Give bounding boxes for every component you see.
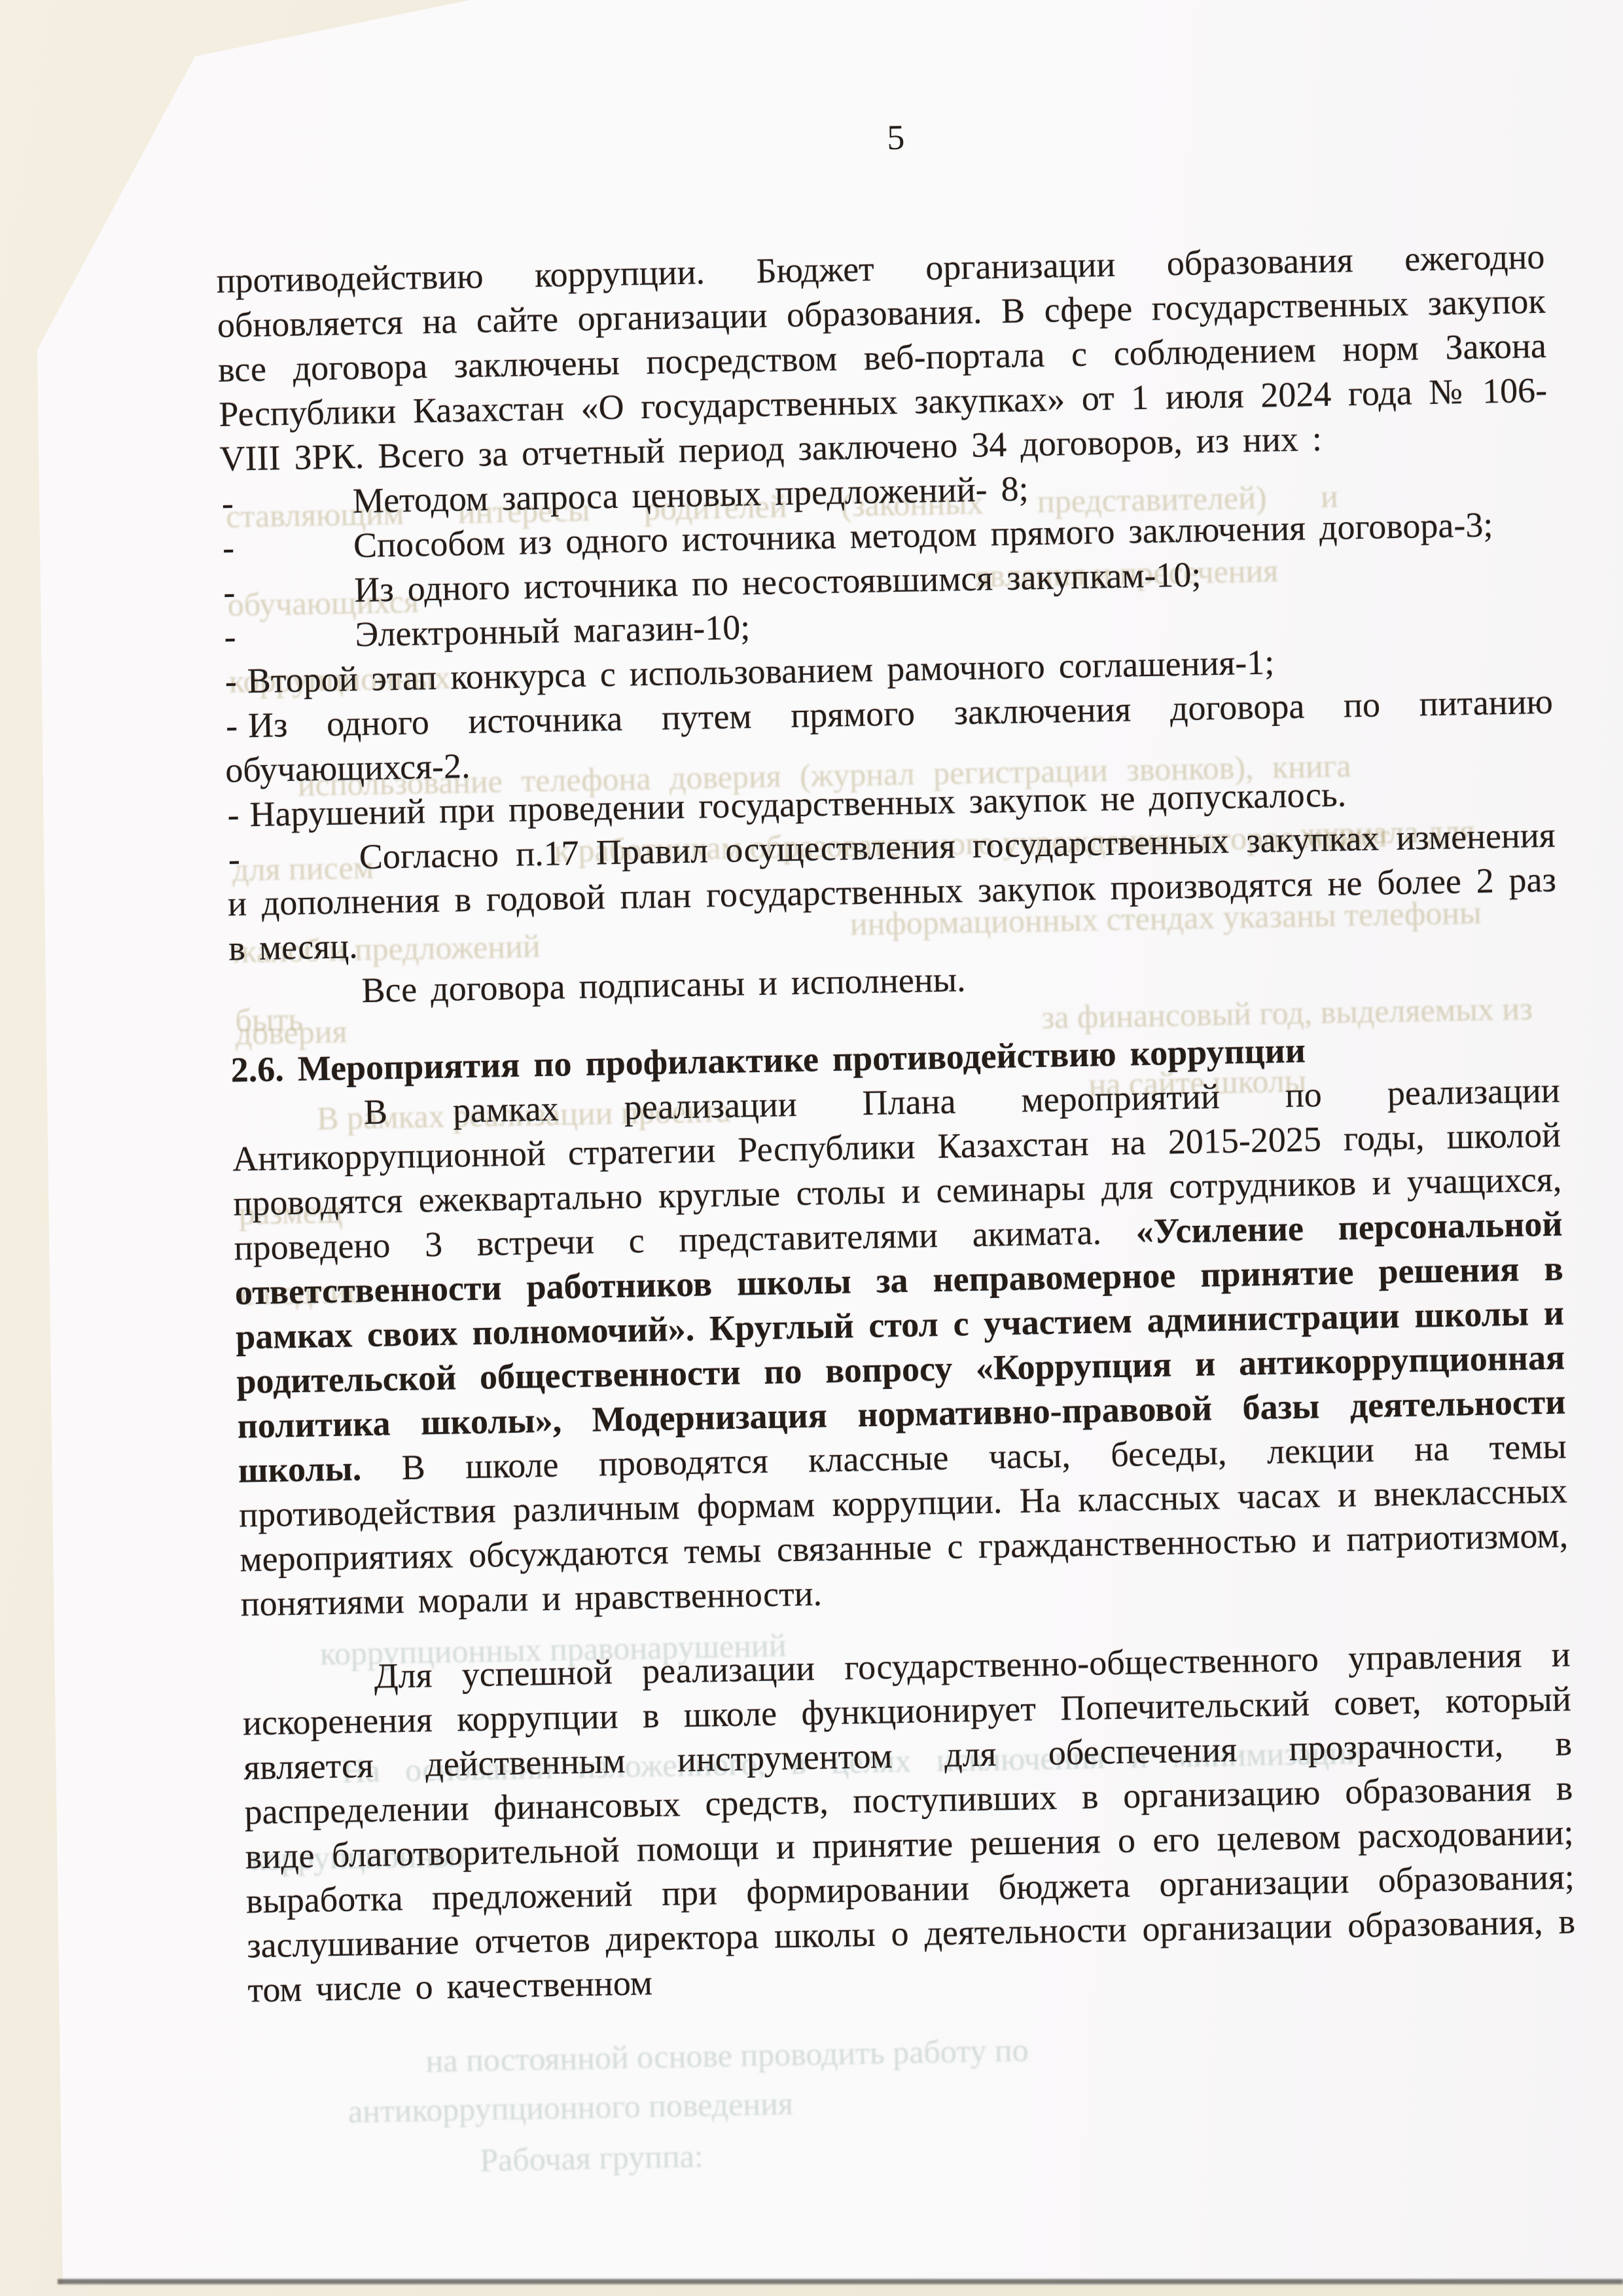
- page-number: 5: [869, 115, 922, 160]
- document-text-block: ставляющим интересы родителей (законных …: [216, 234, 1577, 2013]
- paragraph-activities: В рамках реализации Плана мероприятий по…: [231, 1068, 1569, 1626]
- paper-bottom-edge-shadow: [58, 2279, 1623, 2284]
- list-dash: -: [225, 704, 238, 748]
- activities-normal-end: В школе проводятся классные часы, беседы…: [239, 1426, 1569, 1623]
- paragraph-procurement: противодействию коррупции. Бюджет органи…: [216, 234, 1548, 481]
- printed-text: 5 противодействию коррупции. Бюджет орга…: [216, 234, 1577, 2013]
- list-dash: -: [222, 526, 234, 570]
- list-dash: -: [224, 659, 237, 704]
- list-dash: -: [223, 570, 236, 615]
- list-item: - Согласно п.17 Правил осуществления гос…: [226, 813, 1557, 971]
- scanned-page: ставляющим интересы родителей (законных …: [0, 0, 1623, 2296]
- list-item-text: Согласно п.17 Правил осуществления госуд…: [226, 813, 1557, 971]
- list-dash: -: [221, 481, 234, 526]
- paragraph-trustee-board: Для успешной реализации государственно-о…: [241, 1632, 1577, 2012]
- bleedthrough-line: Рабочая группа:: [480, 2134, 704, 2182]
- bleedthrough-line: антикоррупционного поведения: [348, 2081, 793, 2133]
- list-dash: -: [224, 615, 236, 659]
- list-dash: -: [227, 792, 240, 836]
- bleedthrough-line: на постоянной основе проводить работу по: [425, 2028, 1029, 2083]
- list-dash: -: [228, 836, 240, 881]
